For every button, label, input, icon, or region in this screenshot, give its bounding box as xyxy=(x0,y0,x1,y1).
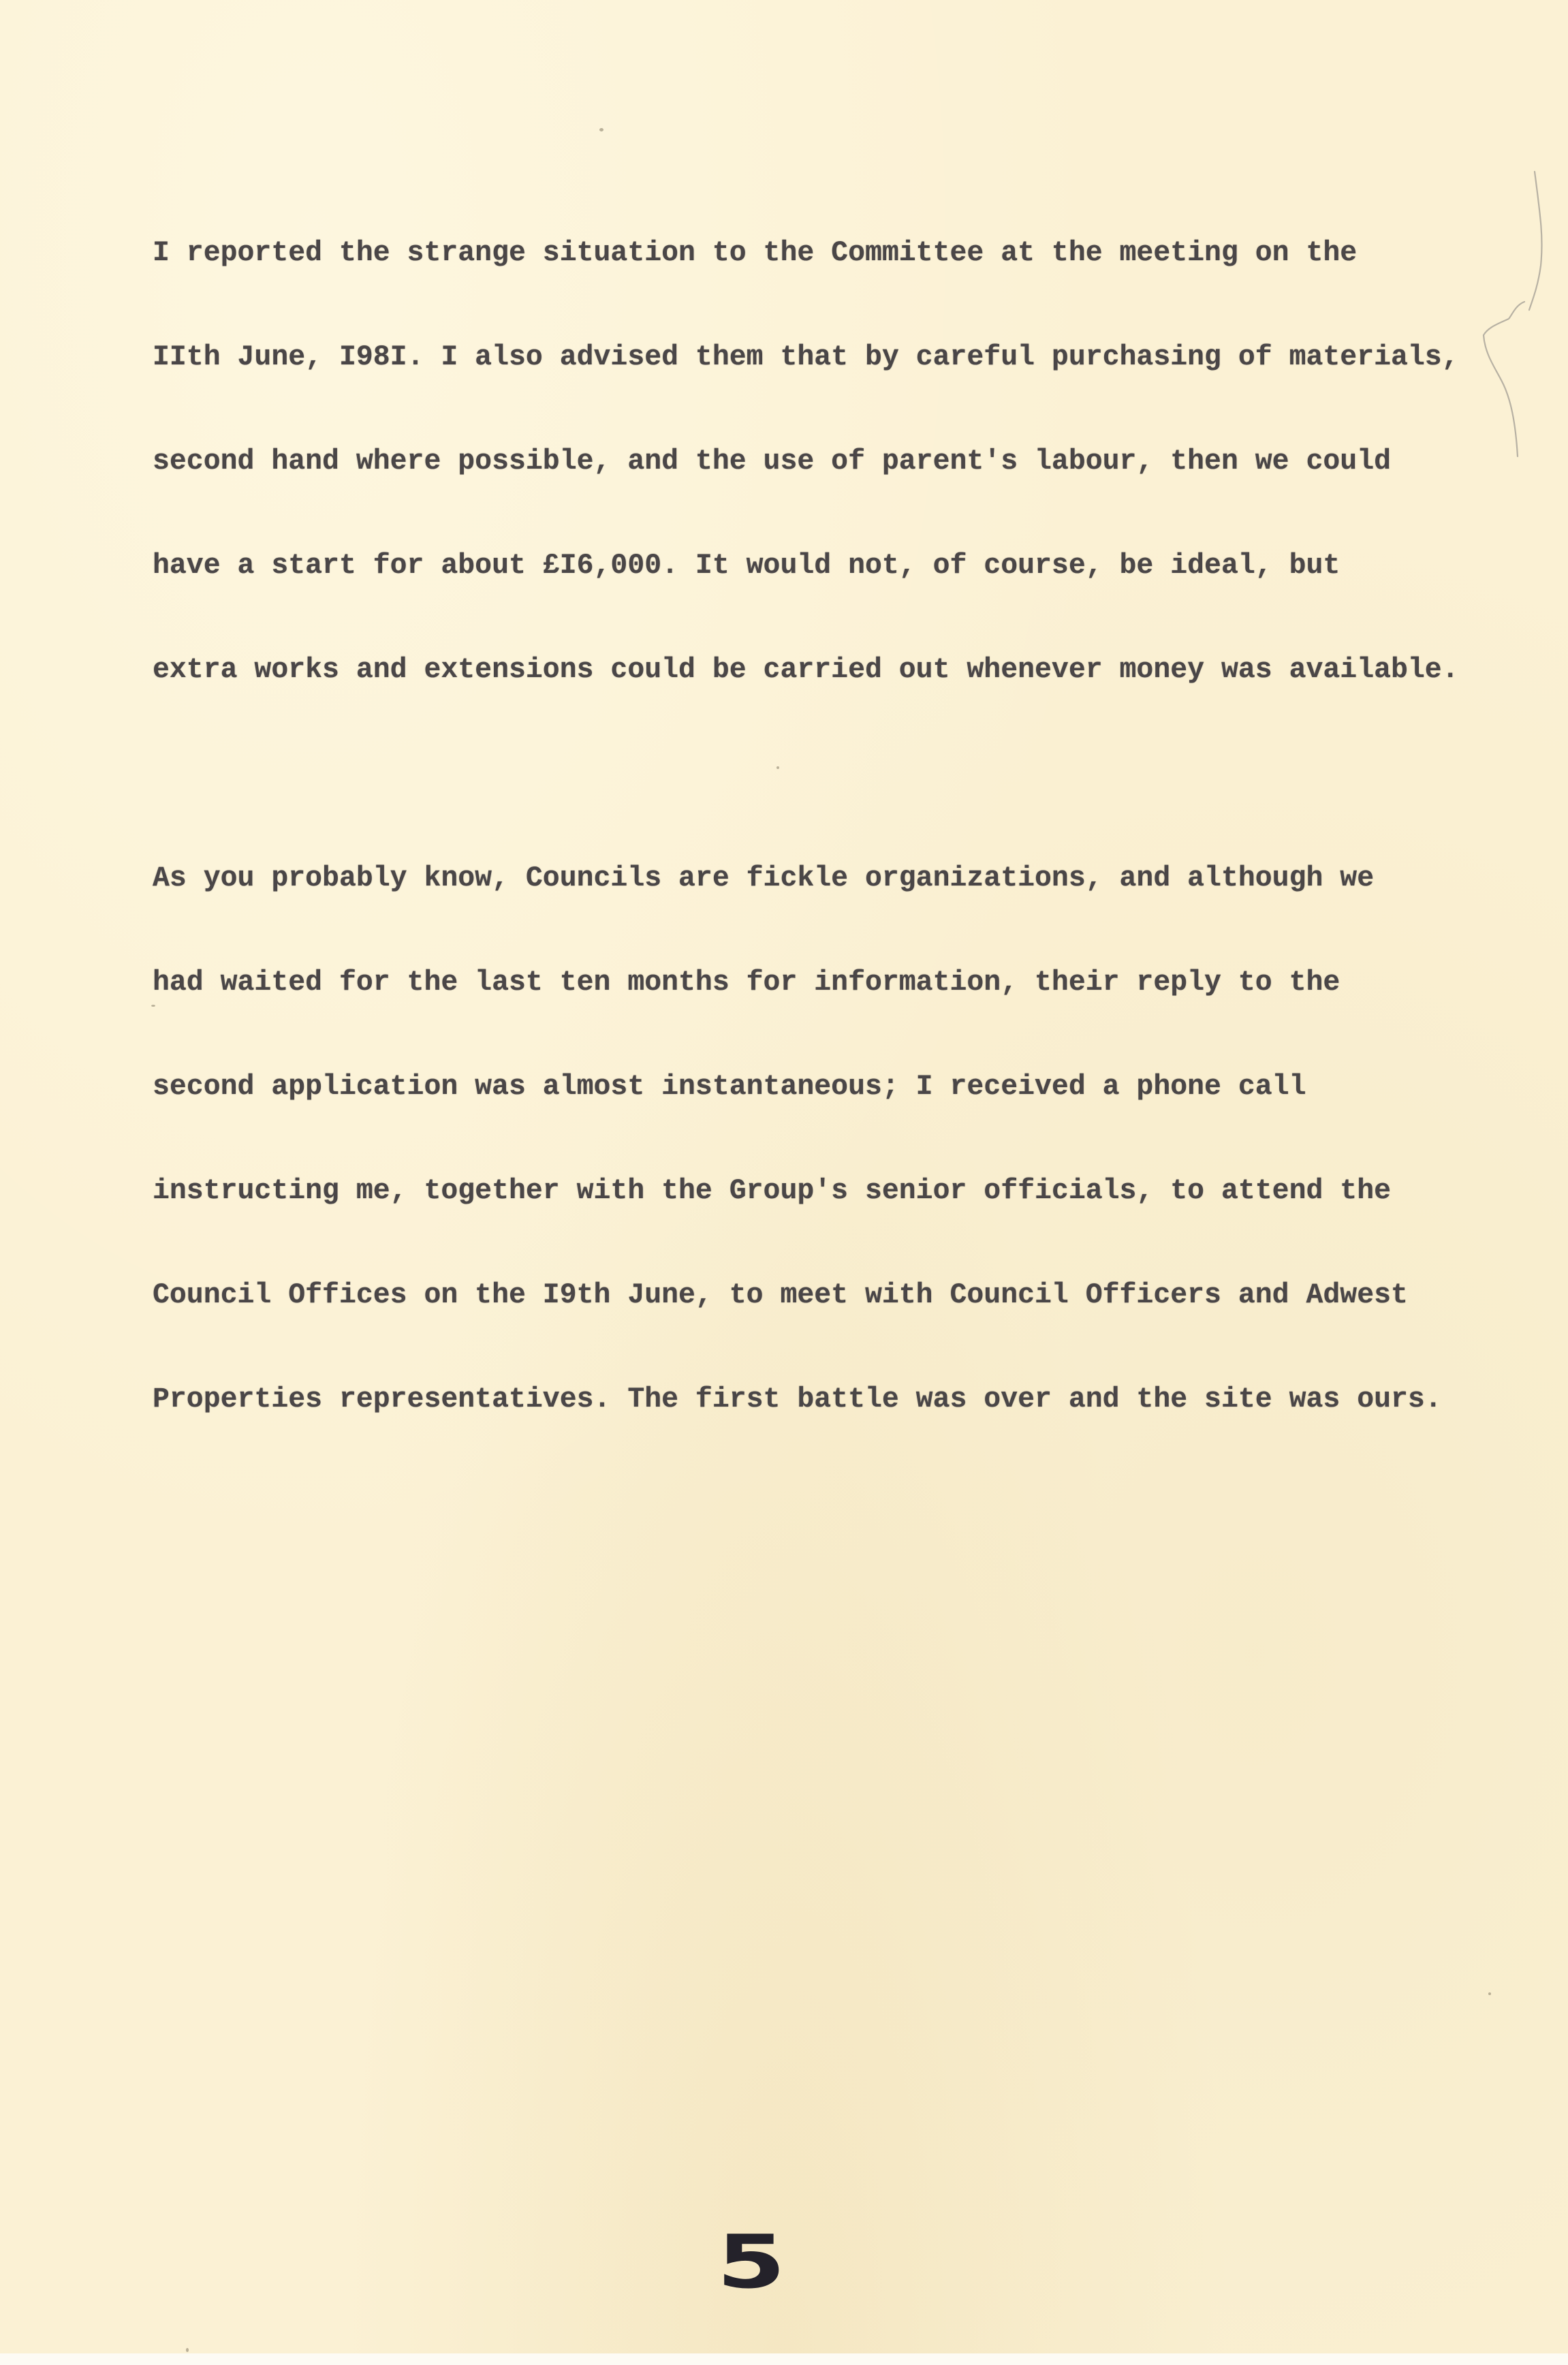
paper-speck xyxy=(186,2348,189,2352)
text-line: have a start for about £I6,000. It would… xyxy=(153,548,1515,583)
text-line: second application was almost instantane… xyxy=(153,1069,1515,1104)
text-line: As you probably know, Councils are fickl… xyxy=(153,861,1515,896)
text-line: extra works and extensions could be carr… xyxy=(153,653,1515,687)
paragraph-1: I reported the strange situation to the … xyxy=(153,166,1515,757)
scan-edge xyxy=(0,2353,1568,2365)
text-line: Properties representatives. The first ba… xyxy=(153,1382,1515,1417)
paper-speck xyxy=(1488,1992,1491,1995)
text-line: instructing me, together with the Group'… xyxy=(153,1174,1515,1208)
text-line: Council Offices on the I9th June, to mee… xyxy=(153,1278,1515,1313)
text-line: second hand where possible, and the use … xyxy=(153,444,1515,479)
text-line: had waited for the last ten months for i… xyxy=(153,965,1515,1000)
page-number: 5 xyxy=(717,2226,785,2300)
paper-speck xyxy=(151,1005,155,1007)
text-line: I reported the strange situation to the … xyxy=(153,236,1515,270)
document-page: I reported the strange situation to the … xyxy=(0,0,1568,2353)
paper-speck xyxy=(599,128,603,131)
paper-speck xyxy=(777,766,779,769)
text-line: IIth June, I98I. I also advised them tha… xyxy=(153,340,1515,375)
paragraph-2: As you probably know, Councils are fickl… xyxy=(153,792,1515,1486)
typewritten-body: I reported the strange situation to the … xyxy=(153,166,1515,1521)
